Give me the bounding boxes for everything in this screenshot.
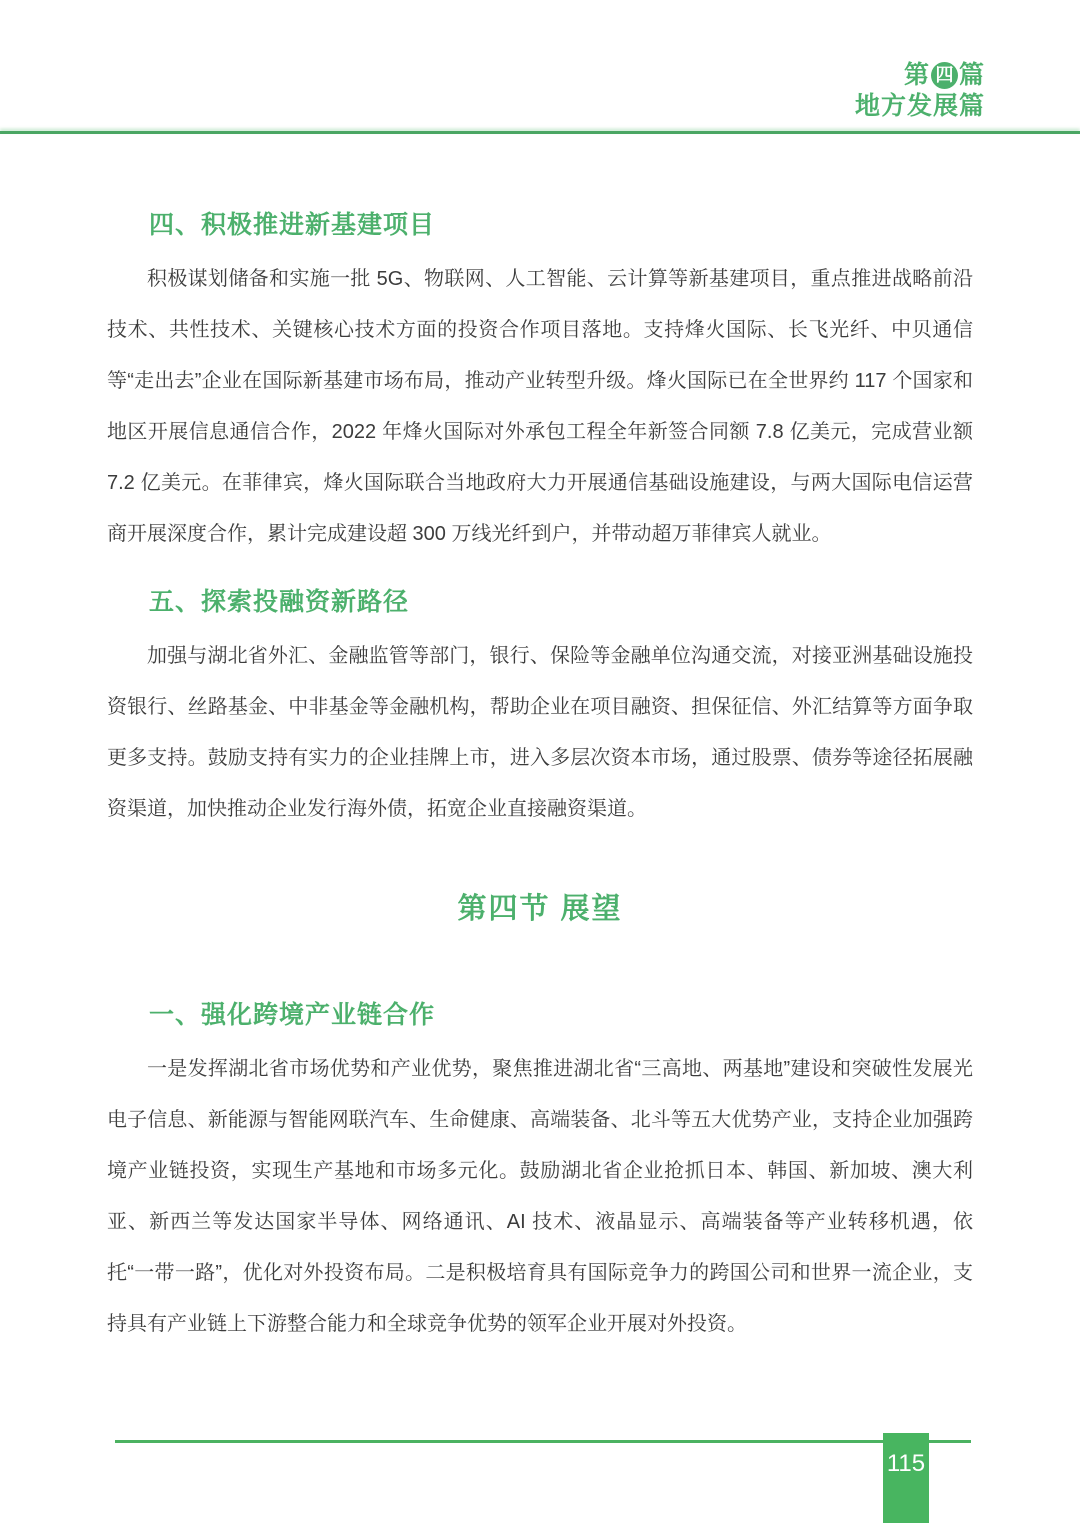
chapter-heading: 第四节 展望 [107, 889, 973, 929]
page-header: 第四篇 地方发展篇 [855, 60, 985, 122]
header-part-subtitle: 地方发展篇 [855, 91, 985, 122]
circled-number-icon: 四 [931, 62, 958, 89]
section-heading-5: 五、探索投融资新路径 [107, 584, 973, 620]
footer-divider [115, 1440, 971, 1443]
header-part-suffix: 篇 [959, 61, 985, 89]
page-content: 四、积极推进新基建项目 积极谋划储备和实施一批 5G、物联网、人工智能、云计算等… [107, 133, 973, 1350]
section-heading-4: 四、积极推进新基建项目 [107, 207, 973, 243]
section-4-paragraph: 积极谋划储备和实施一批 5G、物联网、人工智能、云计算等新基建项目，重点推进战略… [107, 254, 973, 560]
section-1-paragraph: 一是发挥湖北省市场优势和产业优势，聚焦推进湖北省“三高地、两基地”建设和突破性发… [107, 1044, 973, 1350]
section-heading-1: 一、强化跨境产业链合作 [107, 997, 973, 1033]
page-number: 115 [883, 1450, 929, 1478]
header-part-title: 第四篇 [855, 60, 985, 91]
header-part-prefix: 第 [904, 61, 930, 89]
section-5-paragraph: 加强与湖北省外汇、金融监管等部门，银行、保险等金融单位沟通交流，对接亚洲基础设施… [107, 631, 973, 835]
page-number-tab: 115 [883, 1433, 929, 1523]
document-page: 第四篇 地方发展篇 四、积极推进新基建项目 积极谋划储备和实施一批 5G、物联网… [0, 0, 1080, 1527]
